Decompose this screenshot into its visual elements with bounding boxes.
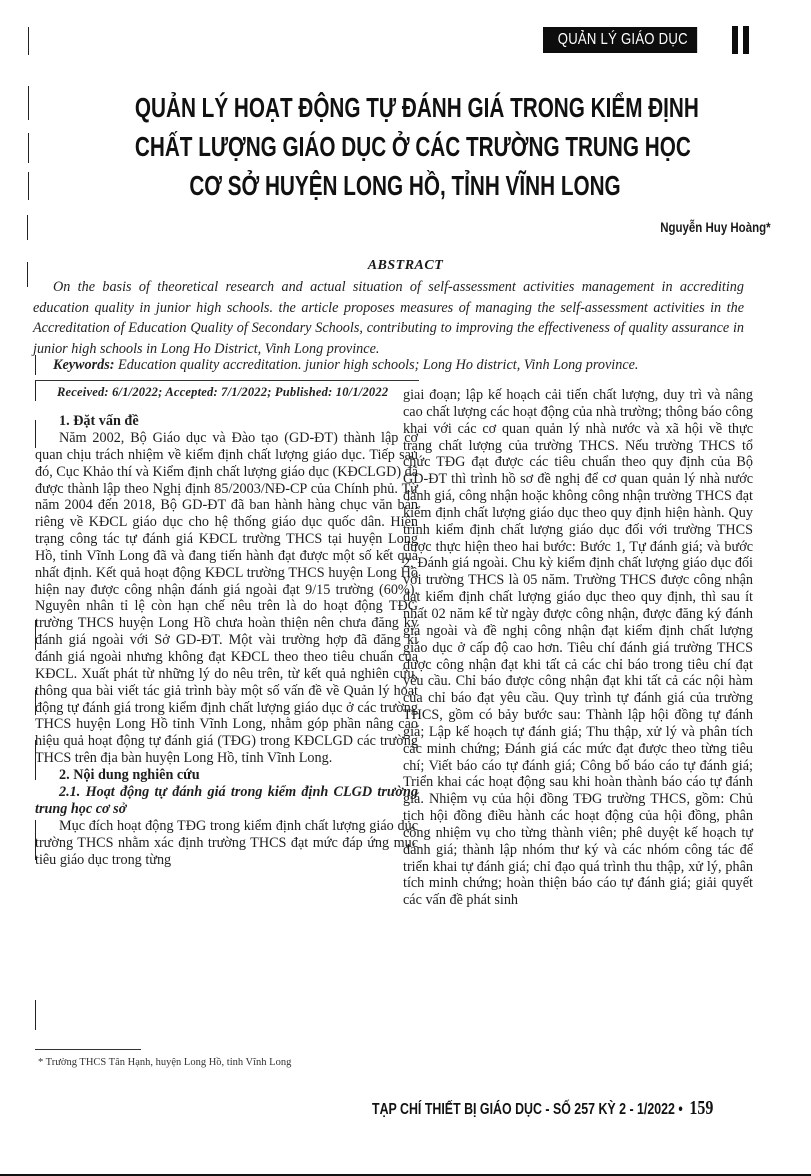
- publication-dates: Received: 6/1/2022; Accepted: 7/1/2022; …: [57, 385, 388, 400]
- abstract-paragraph: On the basis of theoretical research and…: [33, 277, 744, 359]
- right-column: giai đoạn; lập kế hoạch cải tiến chất lư…: [403, 387, 753, 909]
- journal-name: TẠP CHÍ THIẾT BỊ GIÁO DỤC - SỐ 257 KỲ 2 …: [372, 1101, 683, 1118]
- footnote-divider: [35, 1049, 141, 1050]
- section-label: QUẢN LÝ GIÁO DỤC: [543, 27, 697, 53]
- body-paragraph: Năm 2002, Bộ Giáo dục và Đào tạo (GD-ĐT)…: [35, 430, 418, 767]
- title-line: CƠ SỞ HUYỆN LONG HỒ, TỈNH VĨNH LONG: [135, 166, 675, 205]
- subsection-heading: 2.1. Hoạt động tự đánh giá trong kiểm đị…: [35, 784, 418, 818]
- keywords: Keywords: Education quality accreditatio…: [53, 357, 753, 374]
- section-heading: 1. Đặt vấn đề: [35, 413, 418, 430]
- article-title: QUẢN LÝ HOẠT ĐỘNG TỰ ĐÁNH GIÁ TRONG KIỂM…: [40, 88, 770, 205]
- scan-edge-mark: [28, 86, 29, 120]
- body-paragraph: giai đoạn; lập kế hoạch cải tiến chất lư…: [403, 387, 753, 909]
- title-line: QUẢN LÝ HOẠT ĐỘNG TỰ ĐÁNH GIÁ TRONG KIỂM…: [135, 88, 675, 127]
- section-badge: QUẢN LÝ GIÁO DỤC: [543, 27, 731, 53]
- footnote: * Trường THCS Tân Hạnh, huyện Long Hồ, t…: [38, 1057, 291, 1068]
- keywords-text: Education quality accreditation. junior …: [114, 357, 638, 373]
- author-name: Nguyễn Huy Hoàng*: [661, 219, 771, 235]
- keywords-label: Keywords:: [53, 357, 114, 373]
- scan-edge-mark: [35, 381, 36, 401]
- scan-edge-mark: [27, 215, 28, 240]
- left-column: 1. Đặt vấn đề Năm 2002, Bộ Giáo dục và Đ…: [35, 413, 418, 868]
- journal-footer: TẠP CHÍ THIẾT BỊ GIÁO DỤC - SỐ 257 KỲ 2 …: [372, 1097, 713, 1120]
- page-number: 159: [689, 1097, 713, 1119]
- scan-edge-mark: [28, 27, 29, 55]
- abstract-text: On the basis of theoretical research and…: [33, 277, 744, 359]
- scan-edge-mark: [28, 172, 29, 200]
- abstract-heading: ABSTRACT: [0, 258, 811, 274]
- scan-edge-mark: [28, 133, 29, 163]
- title-line: CHẤT LƯỢNG GIÁO DỤC Ở CÁC TRƯỜNG TRUNG H…: [135, 127, 675, 166]
- body-paragraph: Mục đích hoạt động TĐG trong kiểm định c…: [35, 818, 418, 869]
- scan-edge-mark: [35, 1000, 36, 1030]
- section-heading: 2. Nội dung nghiên cứu: [35, 767, 418, 784]
- section-bars-decoration: [732, 26, 749, 54]
- divider: [35, 380, 419, 381]
